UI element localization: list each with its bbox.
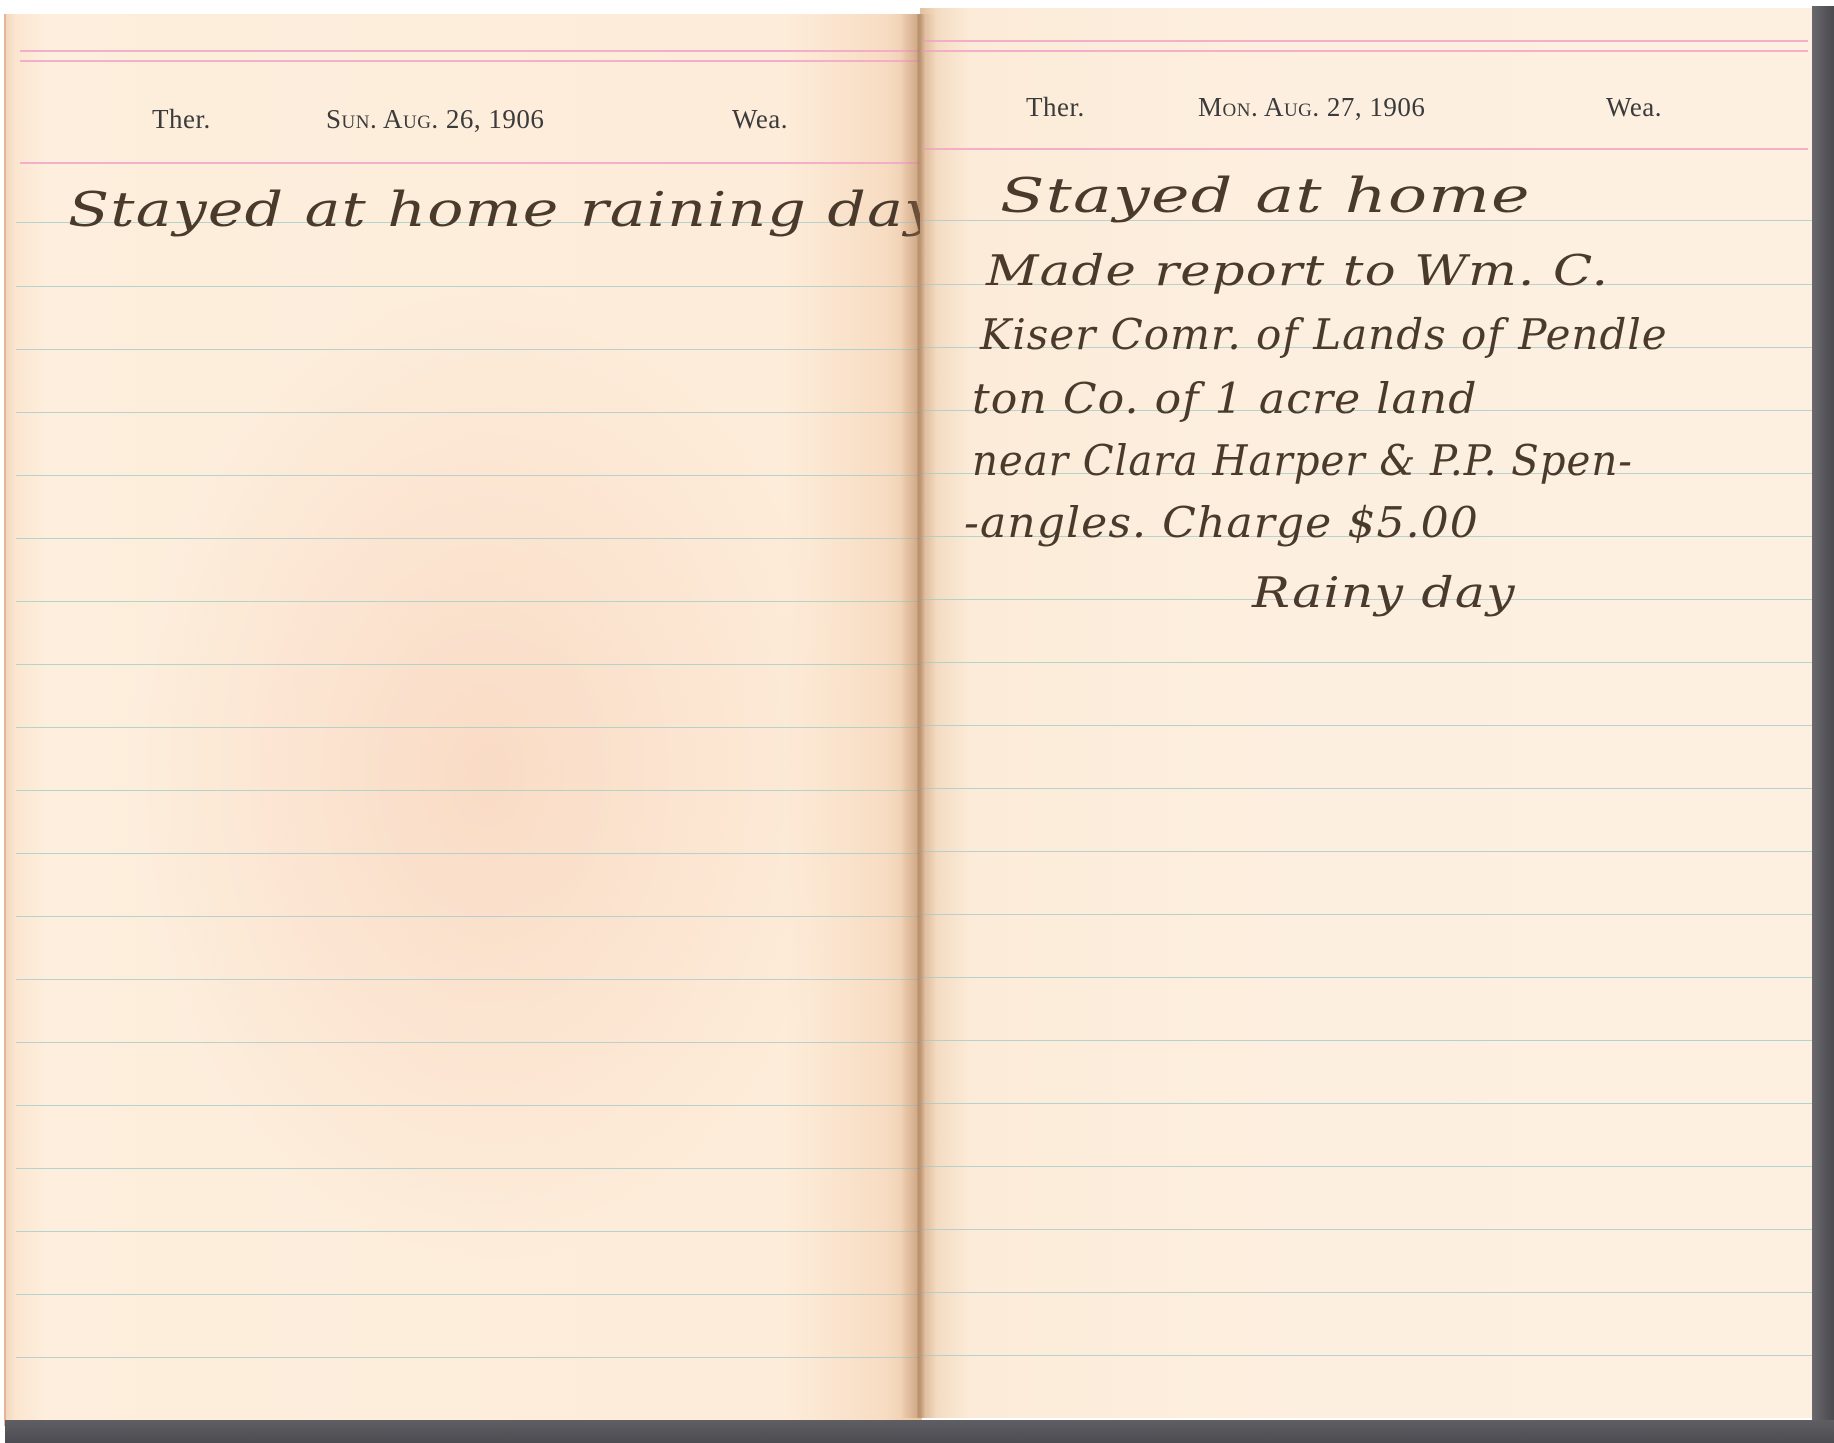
- ruled-line: [16, 664, 922, 665]
- ruled-line: [920, 662, 1812, 663]
- entry-line: -angles. Charge $5.00: [964, 498, 1479, 547]
- entry-line: Made report to Wm. C.: [986, 246, 1609, 295]
- ruled-line: [16, 538, 922, 539]
- wea-label: Wea.: [732, 104, 788, 135]
- ruled-line: [920, 1166, 1812, 1167]
- entry-line: Stayed at home raining day: [68, 182, 922, 238]
- page-date: Mon. Aug. 27, 1906: [1198, 92, 1425, 123]
- book-cover-edge-right: [1812, 6, 1834, 1443]
- ruled-line: [16, 1294, 922, 1295]
- ther-label: Ther.: [1026, 92, 1085, 123]
- pink-rule-top-2: [924, 50, 1808, 52]
- page-date: Sun. Aug. 26, 1906: [326, 104, 544, 135]
- ruled-line: [920, 725, 1812, 726]
- ruled-line: [16, 286, 922, 287]
- pink-rule-top-1: [924, 40, 1808, 42]
- pink-rule-top-2: [20, 60, 920, 62]
- ruled-line: [920, 851, 1812, 852]
- ruled-line: [16, 853, 922, 854]
- ruled-line: [920, 1103, 1812, 1104]
- ruled-line: [16, 1357, 922, 1358]
- ruled-line: [16, 601, 922, 602]
- ruled-line: [16, 727, 922, 728]
- ruled-line: [16, 1105, 922, 1106]
- ruled-line: [920, 1355, 1812, 1356]
- right-page: Ther. Mon. Aug. 27, 1906 Wea. Stayed at …: [920, 8, 1812, 1418]
- entry-line: ton Co. of 1 acre land: [972, 374, 1478, 423]
- pink-rule-header: [20, 162, 920, 164]
- ruled-line: [16, 790, 922, 791]
- ruled-line: [16, 1042, 922, 1043]
- entry-line: Kiser Comr. of Lands of Pendle: [980, 310, 1668, 359]
- ruled-line: [16, 1168, 922, 1169]
- ruled-line: [16, 1231, 922, 1232]
- ruled-line: [16, 979, 922, 980]
- ther-label: Ther.: [152, 104, 211, 135]
- ruled-line: [16, 916, 922, 917]
- book-cover-edge-bottom: [5, 1420, 1834, 1443]
- ruled-line: [920, 1229, 1812, 1230]
- wea-label: Wea.: [1606, 92, 1662, 123]
- left-page: Ther. Sun. Aug. 26, 1906 Wea. Stayed at …: [4, 14, 922, 1426]
- left-page-header: Ther. Sun. Aug. 26, 1906 Wea.: [6, 104, 922, 140]
- entry-line: near Clara Harper & P.P. Spen-: [972, 436, 1633, 485]
- pink-rule-header: [924, 148, 1808, 150]
- ruled-line: [920, 977, 1812, 978]
- pink-rule-top-1: [20, 50, 920, 52]
- entry-line: Rainy day: [1252, 568, 1516, 617]
- entry-line: Stayed at home: [1000, 168, 1531, 224]
- right-page-header: Ther. Mon. Aug. 27, 1906 Wea.: [920, 92, 1812, 128]
- ruled-line: [920, 1292, 1812, 1293]
- ruled-line: [16, 349, 922, 350]
- ruled-line: [920, 914, 1812, 915]
- ruled-line: [920, 788, 1812, 789]
- ruled-line: [16, 412, 922, 413]
- ruled-line: [920, 1040, 1812, 1041]
- diary-spread: Ther. Sun. Aug. 26, 1906 Wea. Stayed at …: [0, 0, 1834, 1443]
- ruled-line: [16, 475, 922, 476]
